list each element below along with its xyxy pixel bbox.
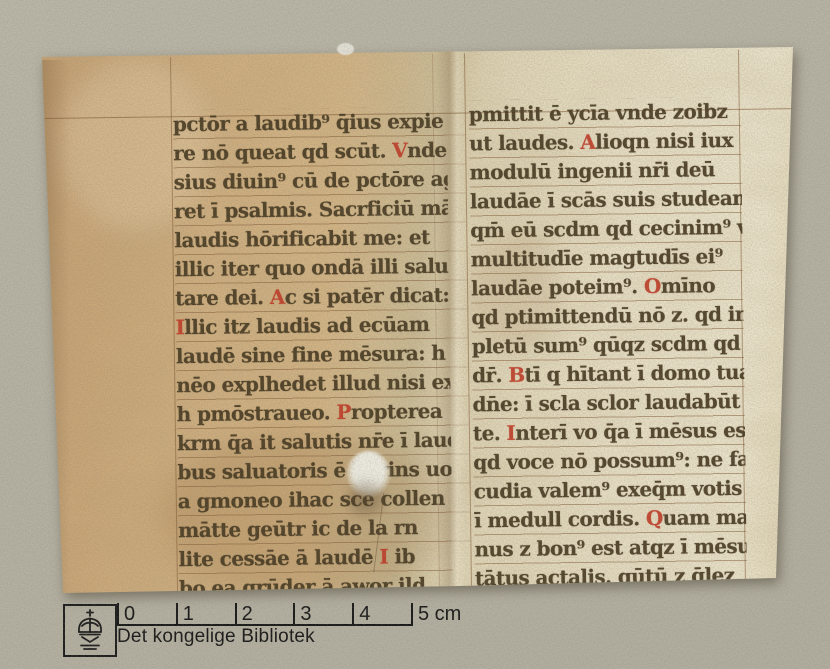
rubricated-initial: I [379,545,388,569]
manuscript-text-line: sius diuin⁹ cū de pctōre age [173,165,447,198]
manuscript-text: pletū sum⁹ qūqz scdm qd [472,331,741,359]
manuscript-text-line: nū sequam⁹ ea ge sgū ōl [475,590,747,623]
rubricated-initial: A [580,130,595,154]
manuscript-text-line: ī medull cordis. Quam mag [474,503,746,536]
manuscript-text: ut laudes. [469,130,580,155]
manuscript-text: bus saluatoris ē barins uos [177,457,451,485]
manuscript-text: re nō queat qd scūt. [173,138,392,165]
right-text-column: pmittit ē ycīa vnde zoibzut laudes. Alio… [469,97,748,626]
crown-icon [67,607,113,653]
manuscript-text-line: lite cessāe ā laudē I ib [178,542,452,575]
manuscript-text-line: pmittit ē ycīa vnde zoibz [469,97,741,130]
ruler-tick [352,603,354,626]
ruler-label: 5 cm [418,603,461,624]
manuscript-text: nterī vo q̄a ī mēsus est [515,418,745,445]
manuscript-text: pmittit ē ycīa vnde zoibz [469,99,728,126]
manuscript-text: bo ea grūder ā awor ild [179,573,426,600]
manuscript-text-line: laudāe ī scās suis studeam⁹ [470,184,742,217]
parchment-shadow: pctōr a laudib⁹ q̄ius expiere nō queat q… [0,0,830,669]
ruler-tick [117,603,119,626]
manuscript-text-line: ret ī psalmis. Sacrficiū māt [174,194,448,227]
ruler-label: 1 [183,603,194,624]
manuscript-text-line: qd ptimittendū nō z. qd in [471,300,743,333]
rubricated-initial: P [336,400,351,424]
manuscript-text-line: laudē sine fine mēsura: h [176,339,450,372]
manuscript-text: multitudīe magtudīs ei⁹ [471,244,723,271]
manuscript-text: te. [473,421,507,445]
manuscript-text: ret ī psalmis. Sacrficiū māt [174,196,448,224]
manuscript-text: laudāe poteim⁹. [471,274,644,300]
manuscript-text-line: dr̄. Btī q hītant ī domo tua [472,358,744,391]
manuscript-text: pctōr a laudib⁹ q̄ius expie [173,109,444,137]
manuscript-text-line: a gmoneo ihac sce collen [178,484,452,517]
library-logo [63,604,117,657]
manuscript-text-line: te. Interī vo q̄a ī mēsus est [473,416,745,449]
manuscript-text-line: pletū sum⁹ qūqz scdm qd [472,329,744,362]
manuscript-text: mīno [661,273,716,298]
manuscript-text: tātus actalis. qūtū z q̄lez [475,563,735,590]
manuscript-text: laudāe ī scās suis studeam⁹ [470,186,742,214]
manuscript-text: cudia valem⁹ exeq̄m votis [474,476,742,504]
manuscript-text: uam mag [663,505,747,530]
parchment-edge-chip [337,43,354,55]
manuscript-text: ib [388,544,415,568]
manuscript-text: qm̄ eū scdm qd cecinim⁹ vir [470,215,742,243]
manuscript-text: lite cessāe ā laudē [178,545,379,572]
manuscript-text-line: modulū ingenii nr̄i deū [469,155,741,188]
rubricated-initial: A [270,285,285,309]
parchment-fragment: pctōr a laudib⁹ q̄ius expiere nō queat q… [0,0,830,669]
rubricated-initial: V [392,138,407,162]
ruler-tick [176,603,178,626]
manuscript-text: laudis hōrificabit me: et [174,225,430,252]
ruler-label: 3 [300,603,311,624]
manuscript-text: lioqn nisi iux [595,128,733,154]
manuscript-text: llic itz laudis ad ecūam [184,312,429,339]
ruler-tick [235,603,237,626]
manuscript-text: krm q̄a it salutis nr̄e ī laudi [177,427,451,455]
manuscript-text: dn̄e: ī scla sclor laudabūt [472,389,739,416]
manuscript-text: illic iter quo ondā illi salu [175,254,449,282]
manuscript-text-line: mātte geūtr ic de la rn [178,513,452,546]
manuscript-text: c si patēr dicat: [285,283,450,309]
rubricated-initial: B [508,363,525,387]
manuscript-text: modulū ingenii nr̄i deū [469,157,715,184]
manuscript-text: nū sequam⁹ ea ge sgū ōl [475,592,734,619]
manuscript-text: tare dei. [175,285,270,310]
manuscript-text: ropterea [351,399,443,424]
manuscript-text: qd voce nō possum⁹: ne fa [473,447,745,475]
manuscript-text-line: bus saluatoris ē barins uos [177,455,451,488]
manuscript-text: ī medull cordis. [474,506,646,532]
manuscript-text-line: multitudīe magtudīs ei⁹ [471,242,743,275]
manuscript-text: mātte geūtr ic de la rn [178,515,418,542]
manuscript-text-line: Illic itz laudis ad ecūam [175,310,449,343]
ruler-tick [293,603,295,626]
manuscript-text: dr̄. [472,363,508,387]
manuscript-text-line: tātus actalis. qūtū z q̄lez [475,561,747,594]
manuscript-text-line: nēo explhedet illud nisi exo [176,368,450,401]
manuscript-text-line: qd voce nō possum⁹: ne fa [473,445,745,478]
ruler-label: 4 [359,603,370,624]
left-text-column: pctōr a laudib⁹ q̄ius expiere nō queat q… [173,107,454,636]
manuscript-text: qd ptimittendū nō z. qd in [471,302,743,330]
manuscript-text-line: pctōr a laudib⁹ q̄ius expie [173,107,447,140]
manuscript-text-line: laudāe poteim⁹. Omīno [471,271,743,304]
rubricated-initial: I [175,315,184,339]
manuscript-text-line: cudia valem⁹ exeq̄m votis [474,474,746,507]
ruler: 012345 cm [117,603,477,626]
manuscript-text: a gmoneo ihac sce collen [178,486,445,513]
ruler-tick [411,603,413,626]
manuscript-text-line: re nō queat qd scūt. Vnde [173,136,447,169]
manuscript-text-line: krm q̄a it salutis nr̄e ī laudi [177,426,451,459]
manuscript-text-line: h pmōstraueo. Propterea [177,397,451,430]
rubricated-initial: O [644,274,661,298]
ruler-label: 2 [242,603,253,624]
manuscript-photo: pctōr a laudib⁹ q̄ius expiere nō queat q… [0,0,830,669]
manuscript-text-line: dn̄e: ī scla sclor laudabūt [472,387,744,420]
manuscript-text-line: illic iter quo ondā illi salu [175,252,449,285]
manuscript-text-line: bo ea grūder ā awor ild [179,571,453,604]
manuscript-text: nus z bon⁹ est atqz ī mēsus [474,534,746,562]
manuscript-text-line: tare dei. Ac si patēr dicat: [175,281,449,314]
manuscript-text: nēo explhedet illud nisi exo [176,369,450,397]
manuscript-text: laudē sine fine mēsura: h [176,341,446,369]
manuscript-text: h pmōstraueo. [177,400,337,426]
manuscript-text-line: laudis hōrificabit me: et [174,223,448,256]
manuscript-text-line: ut laudes. Alioqn nisi iux [469,126,741,159]
manuscript-text-line: qm̄ eū scdm qd cecinim⁹ vir [470,213,742,246]
manuscript-text: sius diuin⁹ cū de pctōre age [173,166,447,194]
manuscript-text-line: nus z bon⁹ est atqz ī mēsus [474,532,746,565]
rubricated-initial: Q [646,506,663,530]
ruler-label: 0 [124,603,135,624]
manuscript-text: nde [407,138,447,163]
manuscript-text: tī q hītant ī domo tua [524,360,744,387]
library-name-label: Det kongelige Bibliotek [117,626,315,648]
page-content: pctōr a laudib⁹ q̄ius expiere nō queat q… [42,47,811,617]
